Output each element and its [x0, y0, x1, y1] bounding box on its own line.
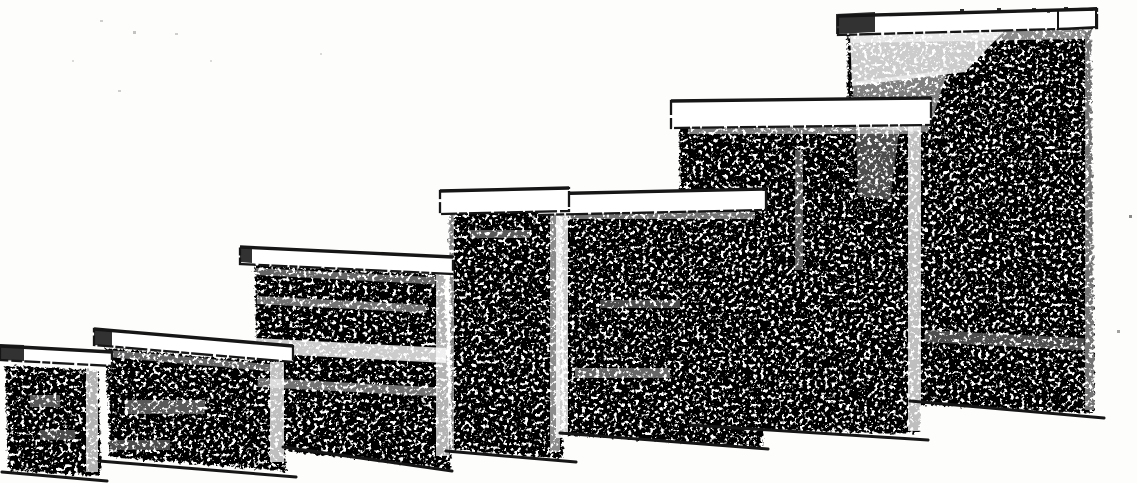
frame-2-light-streak [125, 400, 205, 414]
scan-speck [978, 11, 981, 13]
scan-speck [1129, 215, 1132, 218]
scan-speck [100, 20, 103, 22]
frame-5-light-streak [575, 368, 670, 378]
frame-4-light-streak [550, 214, 560, 452]
scan-speck [1047, 11, 1050, 13]
frame-2-light-streak [110, 440, 170, 450]
scan-speck [997, 8, 1001, 11]
frame-5-light-streak [600, 300, 680, 308]
scan-speck [960, 9, 964, 12]
frame-1-light-streak [86, 366, 98, 472]
frame-1-light-streak [40, 430, 75, 440]
frame-6-top-bar [671, 98, 931, 128]
scanned-photo-page [0, 0, 1137, 483]
frame-6-light-streak [908, 125, 921, 431]
frame-3-light-streak [436, 270, 449, 456]
hive-frames-figure [0, 0, 1137, 483]
frame-1-light-streak [30, 395, 60, 407]
frame-3-bar-lug [240, 248, 252, 263]
scan-speck [133, 31, 136, 34]
scan-speck [320, 53, 322, 55]
scan-speck [1093, 255, 1095, 257]
frame-1-bar-lug [0, 344, 24, 361]
frame-6-light-streak [795, 150, 803, 270]
frame-2-bar-lug [94, 330, 112, 346]
scan-speck [1032, 8, 1036, 10]
scan-speck [72, 60, 74, 62]
scan-speck [210, 60, 212, 62]
scan-speck [175, 33, 178, 35]
frame-5-comb [561, 205, 763, 447]
scan-speck [1064, 7, 1068, 10]
scan-speck [1090, 9, 1093, 11]
frame-4-light-streak [470, 230, 530, 238]
frame-4-comb [449, 208, 563, 459]
scan-speck [1117, 330, 1120, 333]
frame-7-bar-lug [836, 12, 875, 34]
scan-speck [1014, 10, 1017, 12]
scan-speck [118, 90, 121, 92]
frame-7-light-streak [1085, 28, 1094, 410]
